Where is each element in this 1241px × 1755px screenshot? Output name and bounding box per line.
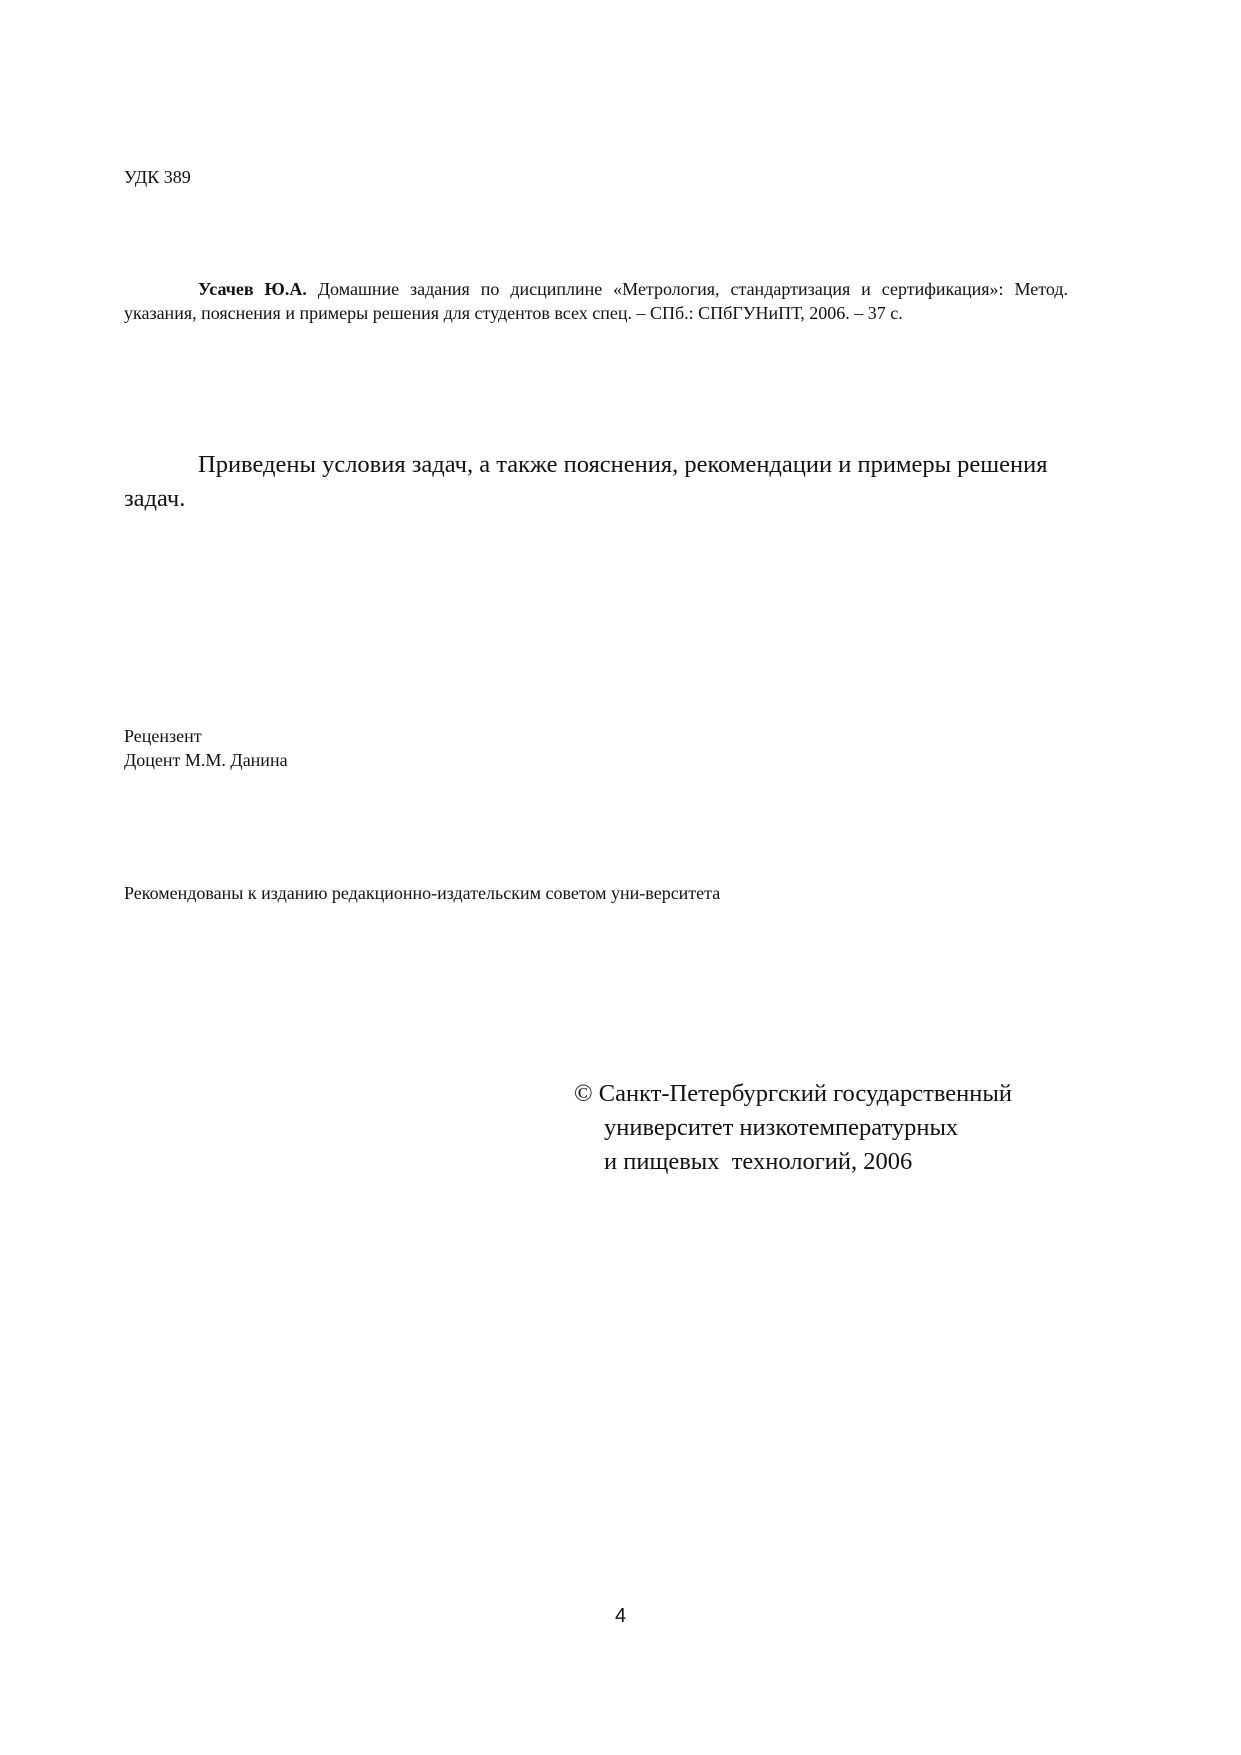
reviewer-name: Доцент М.М. Данина [124, 748, 288, 772]
annotation: Приведены условия задач, а также пояснен… [124, 448, 1068, 516]
copyright-line-3: и пищевых технологий, 2006 [574, 1145, 1012, 1179]
copyright-line-2: университет низкотемпературных [574, 1111, 1012, 1145]
page-number: 4 [0, 1604, 1241, 1628]
copyright-block: © Санкт-Петербургский государственный ун… [574, 1077, 1012, 1179]
publication-recommendation: Рекомендованы к изданию редакционно-изда… [124, 882, 720, 904]
udk-code: УДК 389 [124, 166, 191, 188]
bibliographic-entry: Усачев Ю.А. Домашние задания по дисципли… [124, 277, 1068, 325]
copyright-line-1: © Санкт-Петербургский государственный [574, 1077, 1012, 1111]
reviewer-block: Рецензент Доцент М.М. Данина [124, 724, 288, 772]
reviewer-label: Рецензент [124, 724, 288, 748]
author-name: Усачев Ю.А. [198, 279, 307, 299]
